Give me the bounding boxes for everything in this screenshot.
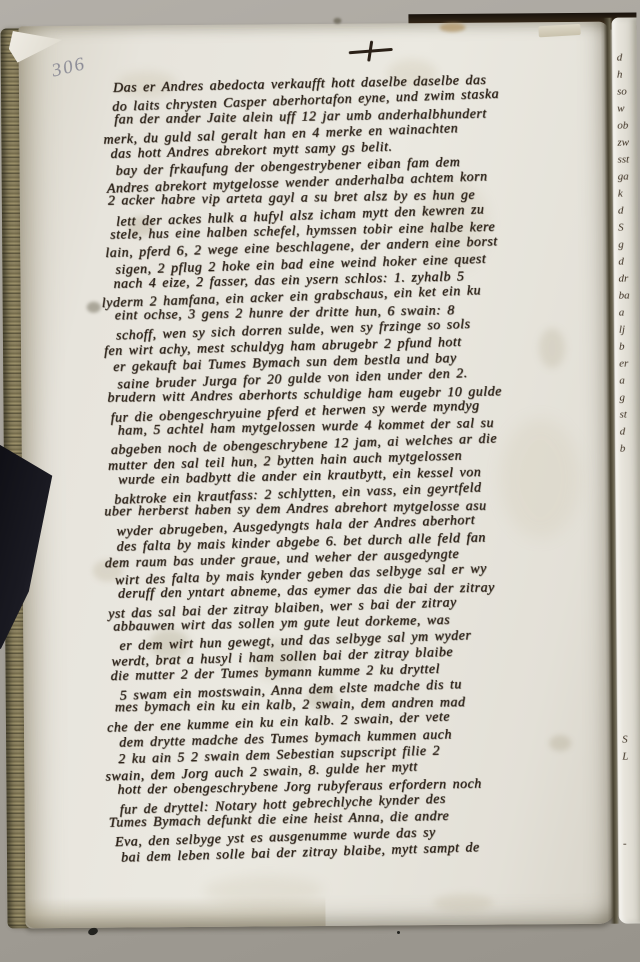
facing-page-text-fragment: d — [618, 255, 638, 272]
facing-page-text-fragment: b — [620, 442, 640, 459]
book: dhsowobzwsstgakdSgddrbaaljberagstdb SL -… — [0, 0, 640, 962]
stain — [439, 23, 465, 32]
facing-page-text-fragment: st — [620, 408, 640, 425]
manuscript-page: 306 Das er Andres abedocta verkaufft hot… — [19, 22, 616, 929]
facing-page-text-fragment: ba — [619, 289, 639, 306]
facing-page-text: dhsowobzwsstgakdSgddrbaaljberagstdb — [617, 51, 640, 459]
facing-page-text-fragment: w — [617, 102, 637, 119]
facing-page-text-fragment: a — [619, 306, 639, 323]
paper-stains — [19, 22, 609, 27]
stain — [87, 302, 101, 313]
facing-page-text: SL — [622, 733, 640, 767]
facing-page-text-fragment: S — [618, 221, 638, 238]
facing-page-text-fragment: g — [619, 391, 639, 408]
facing-page-text-fragment: S — [622, 733, 640, 750]
facing-page-text-fragment: b — [619, 340, 639, 357]
manuscript-text: Das er Andres abedocta verkaufft hott da… — [99, 74, 597, 862]
page-number: 306 — [50, 53, 89, 82]
facing-page-text-fragment: ob — [617, 119, 637, 136]
photograph: dhsowobzwsstgakdSgddrbaaljberagstdb SL -… — [0, 0, 640, 962]
facing-page-text-fragment: lj — [619, 323, 639, 340]
facing-page-text-fragment: d — [618, 204, 638, 221]
facing-page-text-fragment: ga — [618, 170, 638, 187]
paper-tab — [538, 24, 581, 38]
facing-page-text-fragment: - — [623, 837, 640, 854]
facing-page-text-fragment: dr — [618, 272, 638, 289]
cross-mark — [349, 40, 393, 61]
facing-page-text-fragment: zw — [617, 136, 637, 153]
facing-page-text-fragment: k — [618, 187, 638, 204]
facing-page-text-fragment: L — [622, 750, 640, 767]
facing-page-text-fragment: d — [620, 425, 640, 442]
stain — [333, 18, 341, 24]
facing-page-text-fragment: d — [617, 51, 637, 68]
facing-page-text-fragment: h — [617, 68, 637, 85]
facing-page-text-fragment: er — [619, 357, 639, 374]
facing-page-text-fragment: a — [619, 374, 639, 391]
debris-speck — [397, 931, 400, 934]
facing-page-text-fragment: so — [617, 85, 637, 102]
page-bottom-edge-shading — [25, 896, 325, 928]
facing-page-text: - — [623, 837, 640, 854]
stain — [433, 894, 493, 912]
facing-page-text-fragment: sst — [618, 153, 638, 170]
facing-page-text-fragment: g — [618, 238, 638, 255]
